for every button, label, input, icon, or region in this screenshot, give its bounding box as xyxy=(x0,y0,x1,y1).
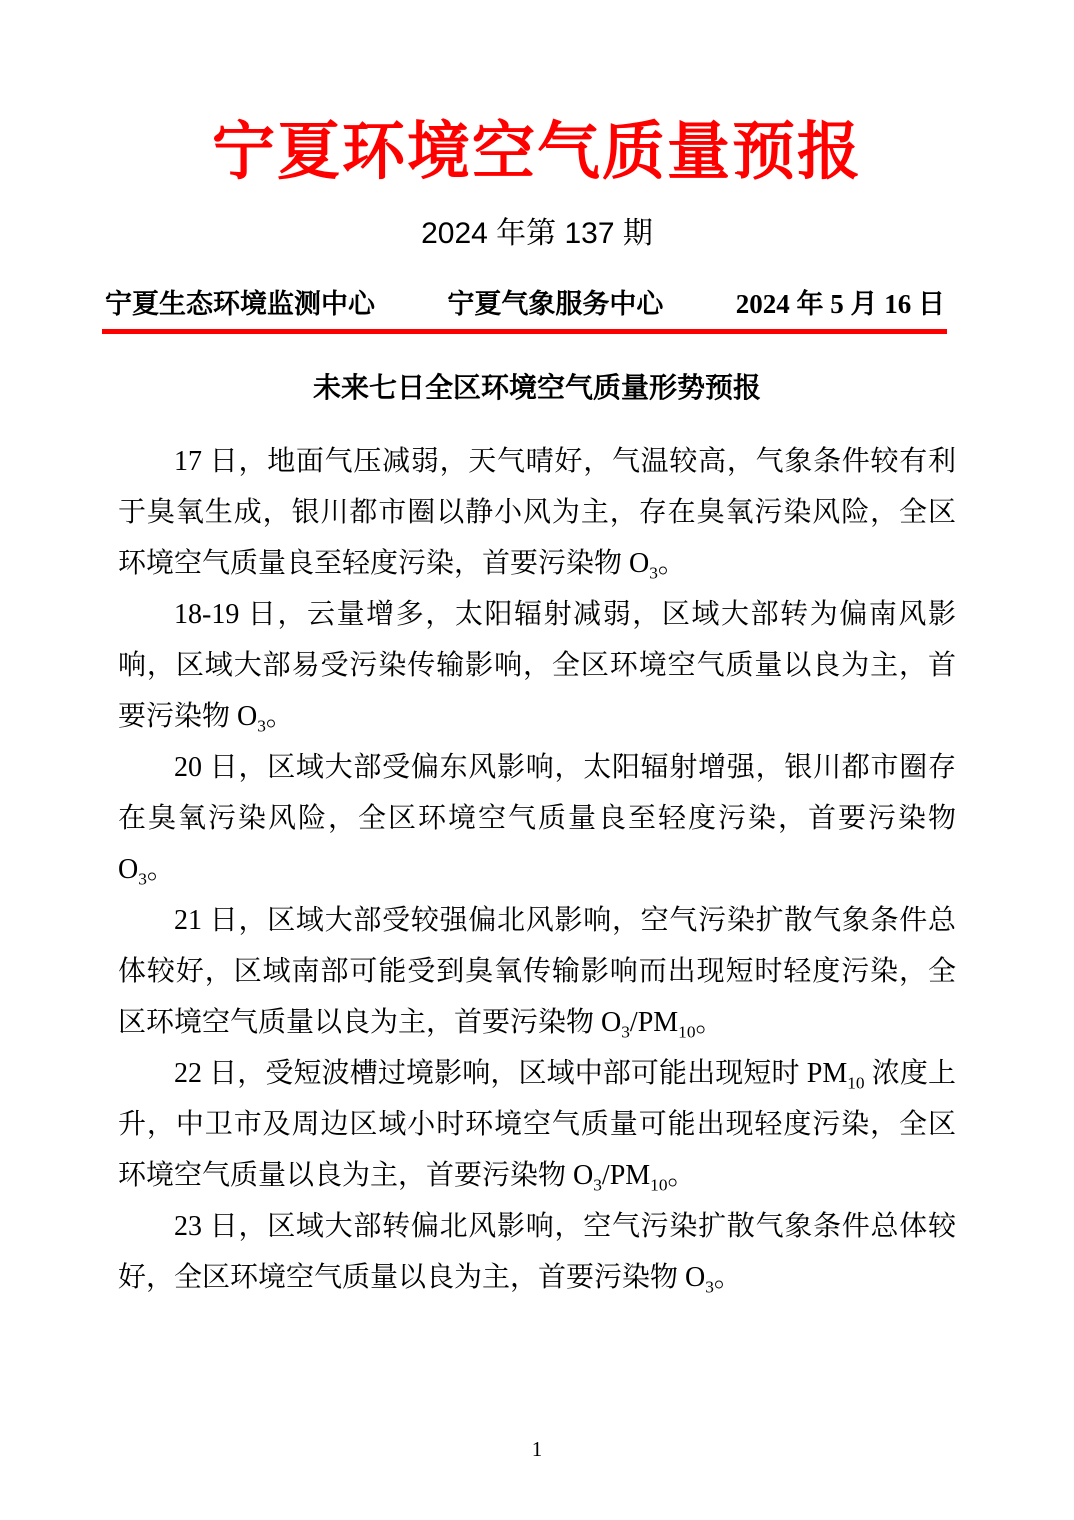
issuers-row: 宁夏生态环境监测中心 宁夏气象服务中心 2024 年 5 月 16 日 xyxy=(105,282,945,321)
paragraph: 23 日，区域大部转偏北风影响，空气污染扩散气象条件总体较好，全区环境空气质量以… xyxy=(118,1201,956,1303)
paragraph-text: 20 日，区域大部受偏东风影响，太阳辐射增强，银川都市圈存在臭氧污染风险，全区环… xyxy=(118,752,956,885)
document-page: 宁夏环境空气质量预报 2024 年第 137 期 宁夏生态环境监测中心 宁夏气象… xyxy=(0,0,1074,1520)
issuer-org-1: 宁夏生态环境监测中心 xyxy=(105,282,375,321)
page-number: 1 xyxy=(0,1437,1074,1462)
issue-number: 2024 年第 137 期 xyxy=(0,208,1074,252)
paragraph-text: 。 xyxy=(147,854,175,885)
paragraph-text: 21 日，区域大部受较强偏北风影响，空气污染扩散气象条件总体较好，区域南部可能受… xyxy=(118,905,956,1038)
paragraph-text: 23 日，区域大部转偏北风影响，空气污染扩散气象条件总体较好，全区环境空气质量以… xyxy=(118,1211,956,1293)
subscript-text: 3 xyxy=(138,870,147,889)
paragraph-text: 。 xyxy=(696,1007,724,1038)
paragraph: 20 日，区域大部受偏东风影响，太阳辐射增强，银川都市圈存在臭氧污染风险，全区环… xyxy=(118,742,956,895)
subscript-text: 3 xyxy=(705,1278,714,1297)
paragraph-text: 22 日，受短波槽过境影响，区域中部可能出现短时 PM xyxy=(174,1058,847,1089)
paragraph: 17 日，地面气压减弱，天气晴好，气温较高，气象条件较有利于臭氧生成，银川都市圈… xyxy=(118,436,956,589)
red-divider-rule xyxy=(102,329,947,334)
issuer-org-2: 宁夏气象服务中心 xyxy=(447,282,663,321)
subscript-text: 3 xyxy=(593,1176,602,1195)
paragraph-text: 17 日，地面气压减弱，天气晴好，气温较高，气象条件较有利于臭氧生成，银川都市圈… xyxy=(118,446,956,579)
issue-date: 2024 年 5 月 16 日 xyxy=(736,282,945,321)
paragraph: 21 日，区域大部受较强偏北风影响，空气污染扩散气象条件总体较好，区域南部可能受… xyxy=(118,895,956,1048)
subscript-text: 3 xyxy=(621,1023,630,1042)
paragraph-text: 。 xyxy=(658,548,686,579)
document-title: 宁夏环境空气质量预报 xyxy=(0,0,1074,188)
body-paragraphs: 17 日，地面气压减弱，天气晴好，气温较高，气象条件较有利于臭氧生成，银川都市圈… xyxy=(118,436,956,1303)
subscript-text: 3 xyxy=(649,564,658,583)
paragraph-text: 18-19 日，云量增多，太阳辐射减弱，区域大部转为偏南风影响，区域大部易受污染… xyxy=(118,599,956,732)
subscript-text: 10 xyxy=(847,1074,864,1093)
paragraph: 22 日，受短波槽过境影响，区域中部可能出现短时 PM10 浓度上升，中卫市及周… xyxy=(118,1048,956,1201)
subscript-text: 3 xyxy=(257,717,266,736)
section-heading: 未来七日全区环境空气质量形势预报 xyxy=(0,366,1074,406)
paragraph-text: /PM xyxy=(630,1007,678,1038)
subscript-text: 10 xyxy=(650,1176,667,1195)
paragraph-text: 。 xyxy=(266,701,294,732)
paragraph-text: /PM xyxy=(602,1160,650,1191)
subscript-text: 10 xyxy=(678,1023,695,1042)
paragraph: 18-19 日，云量增多，太阳辐射减弱，区域大部转为偏南风影响，区域大部易受污染… xyxy=(118,589,956,742)
paragraph-text: 。 xyxy=(714,1262,742,1293)
paragraph-text: 。 xyxy=(668,1160,696,1191)
